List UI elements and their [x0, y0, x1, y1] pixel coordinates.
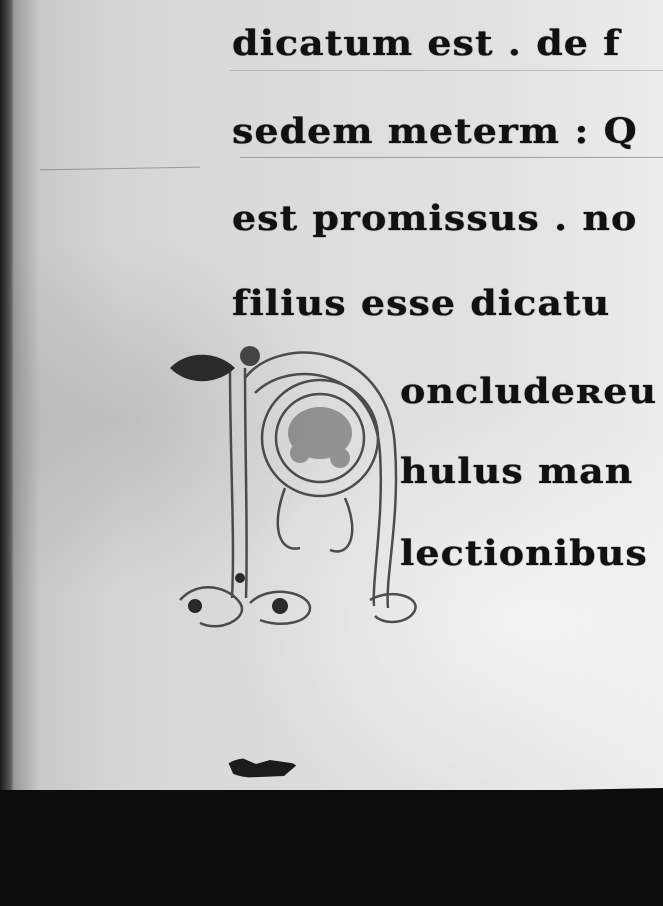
- ruling-line: [240, 157, 663, 158]
- manuscript-line-4: filius esse dicatu: [232, 282, 610, 323]
- manuscript-line-6: hulus man: [400, 450, 633, 491]
- manuscript-line-5: oncludeʀeu: [400, 370, 657, 411]
- manuscript-line-2: sedem meterm : Q: [232, 110, 638, 151]
- manuscript-line-3: est promissus . no: [232, 197, 637, 238]
- decorated-initial-n-icon: [160, 338, 430, 638]
- ruling-line: [230, 70, 663, 71]
- leaf-left-edge: [0, 0, 14, 800]
- photo-background-band: [0, 790, 663, 906]
- manuscript-photo: dicatum est . de f sedem meterm : Q est …: [0, 0, 663, 906]
- manuscript-line-1: dicatum est . de f: [232, 22, 621, 63]
- manuscript-line-7: lectionibus: [400, 532, 648, 573]
